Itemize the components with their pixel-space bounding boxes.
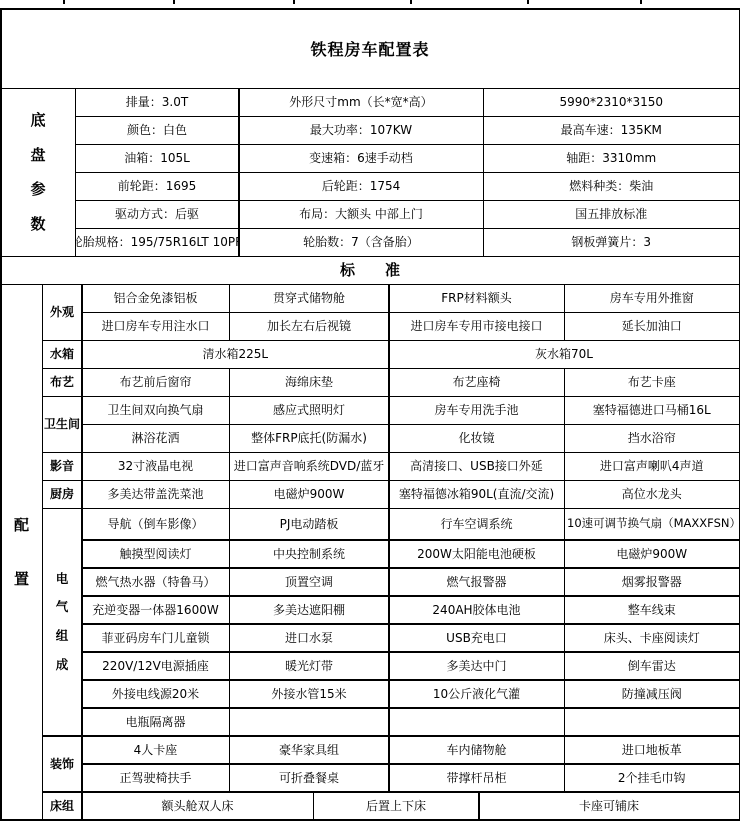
spec-cell: 淋浴花洒 (83, 425, 229, 452)
grid-tick (63, 0, 65, 4)
group-label-fabric: 布艺 (43, 369, 81, 396)
spec-cell: 高清接口、USB接口外延 (390, 453, 564, 480)
spec-cell: 高位水龙头 (565, 481, 739, 508)
spec-cell: 整车线束 (565, 597, 739, 624)
spec-cell: 中央控制系统 (230, 541, 388, 568)
spec-cell: 5990*2310*3150 (484, 89, 739, 116)
spec-cell: 220V/12V电源插座 (83, 653, 229, 680)
spec-cell: 外接电线源20米 (83, 681, 229, 708)
group-label-water-tank: 水箱 (43, 341, 81, 368)
spec-cell: 油箱：105L (76, 145, 238, 172)
spec-cell: 烟雾报警器 (565, 569, 739, 596)
spec-cell: 多美达遮阳棚 (230, 597, 388, 624)
spec-cell: 国五排放标准 (484, 201, 739, 228)
group-label-exterior: 外观 (43, 285, 81, 340)
spec-cell: 清水箱225L (83, 341, 389, 368)
spec-cell: 布艺前后窗帘 (83, 369, 229, 396)
group-label-decor: 装饰 (43, 737, 81, 792)
spec-cell: USB充电口 (390, 625, 564, 652)
page-title: 铁程房车配置表 (2, 10, 739, 88)
config-label-text: 配置 (13, 498, 30, 606)
grid-tick (410, 0, 412, 4)
spec-cell: 外接水管15米 (230, 681, 388, 708)
spec-cell: 挡水浴帘 (565, 425, 739, 452)
spec-cell: 防撞减压阀 (565, 681, 739, 708)
spec-cell: 延长加油口 (565, 313, 739, 340)
spec-cell: PJ电动踏板 (230, 509, 388, 539)
spec-cell: 多美达带盖洗菜池 (83, 481, 229, 508)
standard-header: 标 准 (2, 257, 739, 284)
spec-cell: 轮胎数：7（含备胎） (240, 229, 483, 256)
spec-cell: 顶置空调 (230, 569, 388, 596)
spec-cell: 进口水泵 (230, 625, 388, 652)
spec-cell: 燃气热水器（特鲁马） (83, 569, 229, 596)
spec-cell (390, 709, 564, 736)
spec-cell: 触摸型阅读灯 (83, 541, 229, 568)
configuration-section: 标 准 配置 外观 铝合金免漆铝板 贯穿式储物舱 FRP材料额头 房车专用外推窗… (2, 257, 739, 819)
grid-tick (527, 0, 529, 4)
spec-cell: 燃气报警器 (390, 569, 564, 596)
spec-cell: 塞特福德进口马桶16L (565, 397, 739, 424)
top-grid-remnant (0, 0, 740, 8)
spec-cell (230, 709, 388, 736)
spec-cell: FRP材料额头 (390, 285, 564, 312)
spec-cell: 2个挂毛巾钩 (565, 765, 739, 792)
group-label-kitchen: 厨房 (43, 481, 81, 508)
spec-cell: 布艺座椅 (390, 369, 564, 396)
spec-cell: 轮胎规格：195/75R16LT 10PR (76, 229, 238, 256)
electrical-label-text: 电气组成 (55, 565, 70, 680)
spec-cell: 变速箱：6速手动档 (240, 145, 483, 172)
grid-tick (640, 0, 642, 4)
spec-cell: 电瓶隔离器 (83, 709, 229, 736)
spec-cell: 后置上下床 (314, 793, 478, 820)
spec-cell: 布艺卡座 (565, 369, 739, 396)
spec-cell: 进口房车专用注水口 (83, 313, 229, 340)
spec-cell: 10速可调节换气扇（MAXXFSN） (565, 509, 739, 539)
spec-cell: 外形尺寸mm（长*宽*高） (240, 89, 483, 116)
spec-cell: 后轮距：1754 (240, 173, 483, 200)
spec-cell: 房车专用洗手池 (390, 397, 564, 424)
spec-cell: 菲亚码房车门儿童锁 (83, 625, 229, 652)
spec-cell: 多美达中门 (390, 653, 564, 680)
config-label: 配置 (2, 285, 42, 819)
spec-cell: 车内储物舱 (390, 737, 564, 764)
spec-cell: 感应式照明灯 (230, 397, 388, 424)
spec-cell: 卡座可铺床 (480, 793, 739, 820)
spec-cell: 贯穿式储物舱 (230, 285, 388, 312)
spec-cell: 钢板弹簧片：3 (484, 229, 739, 256)
group-label-bathroom: 卫生间 (43, 397, 81, 452)
spec-cell: 正驾驶椅扶手 (83, 765, 229, 792)
chassis-label: 底盘参数 (2, 89, 75, 256)
spec-cell: 海绵床垫 (230, 369, 388, 396)
spec-cell: 最大功率：107KW (240, 117, 483, 144)
config-table: 铁程房车配置表 底盘参数 排量：3.0T 外形尺寸mm（长*宽*高） 5990*… (0, 8, 740, 821)
spec-cell: 额头舱双人床 (83, 793, 313, 820)
spec-cell: 进口地板革 (565, 737, 739, 764)
group-label-beds: 床组 (43, 793, 81, 820)
spec-cell: 布局：大额头 中部上门 (240, 201, 483, 228)
spec-cell: 卫生间双向换气扇 (83, 397, 229, 424)
spec-cell: 10公斤液化气灌 (390, 681, 564, 708)
spec-cell: 电磁炉900W (565, 541, 739, 568)
spec-cell: 燃料种类：柴油 (484, 173, 739, 200)
spec-cell: 前轮距：1695 (76, 173, 238, 200)
spec-cell: 整体FRP底托(防漏水) (230, 425, 388, 452)
spec-cell: 塞特福德冰箱90L(直流/交流) (390, 481, 564, 508)
spec-cell: 铝合金免漆铝板 (83, 285, 229, 312)
spec-cell: 行车空调系统 (390, 509, 564, 539)
chassis-section: 底盘参数 排量：3.0T 外形尺寸mm（长*宽*高） 5990*2310*315… (2, 89, 739, 256)
spec-cell: 240AH胶体电池 (390, 597, 564, 624)
spec-cell: 带撑杆吊柜 (390, 765, 564, 792)
spec-cell: 进口富声音响系统DVD/蓝牙 (230, 453, 388, 480)
grid-tick (173, 0, 175, 4)
spec-sheet: 铁程房车配置表 底盘参数 排量：3.0T 外形尺寸mm（长*宽*高） 5990*… (0, 0, 740, 823)
spec-cell: 进口房车专用市接电接口 (390, 313, 564, 340)
spec-cell: 倒车雷达 (565, 653, 739, 680)
spec-cell: 暖光灯带 (230, 653, 388, 680)
spec-cell: 化妆镜 (390, 425, 564, 452)
spec-cell (565, 709, 739, 736)
spec-cell: 最高车速：135KM (484, 117, 739, 144)
chassis-label-text: 底盘参数 (30, 103, 47, 241)
spec-cell: 200W太阳能电池硬板 (390, 541, 564, 568)
spec-cell: 4人卡座 (83, 737, 229, 764)
spec-cell: 加长左右后视镜 (230, 313, 388, 340)
spec-cell: 驱动方式：后驱 (76, 201, 238, 228)
group-label-av: 影音 (43, 453, 81, 480)
spec-cell: 电磁炉900W (230, 481, 388, 508)
spec-cell: 颜色：白色 (76, 117, 238, 144)
grid-tick (293, 0, 295, 4)
group-label-electrical: 电气组成 (43, 509, 81, 735)
bed-row: 额头舱双人床 后置上下床 卡座可铺床 (83, 793, 739, 820)
spec-cell: 排量：3.0T (76, 89, 238, 116)
spec-cell: 进口富声喇叭4声道 (565, 453, 739, 480)
spec-cell: 床头、卡座阅读灯 (565, 625, 739, 652)
spec-cell: 房车专用外推窗 (565, 285, 739, 312)
spec-cell: 豪华家具组 (230, 737, 388, 764)
spec-cell: 充逆变器一体器1600W (83, 597, 229, 624)
spec-cell: 可折叠餐桌 (230, 765, 388, 792)
spec-cell: 32寸液晶电视 (83, 453, 229, 480)
spec-cell: 导航（倒车影像） (83, 509, 229, 539)
spec-cell: 轴距：3310mm (484, 145, 739, 172)
spec-cell: 灰水箱70L (390, 341, 739, 368)
